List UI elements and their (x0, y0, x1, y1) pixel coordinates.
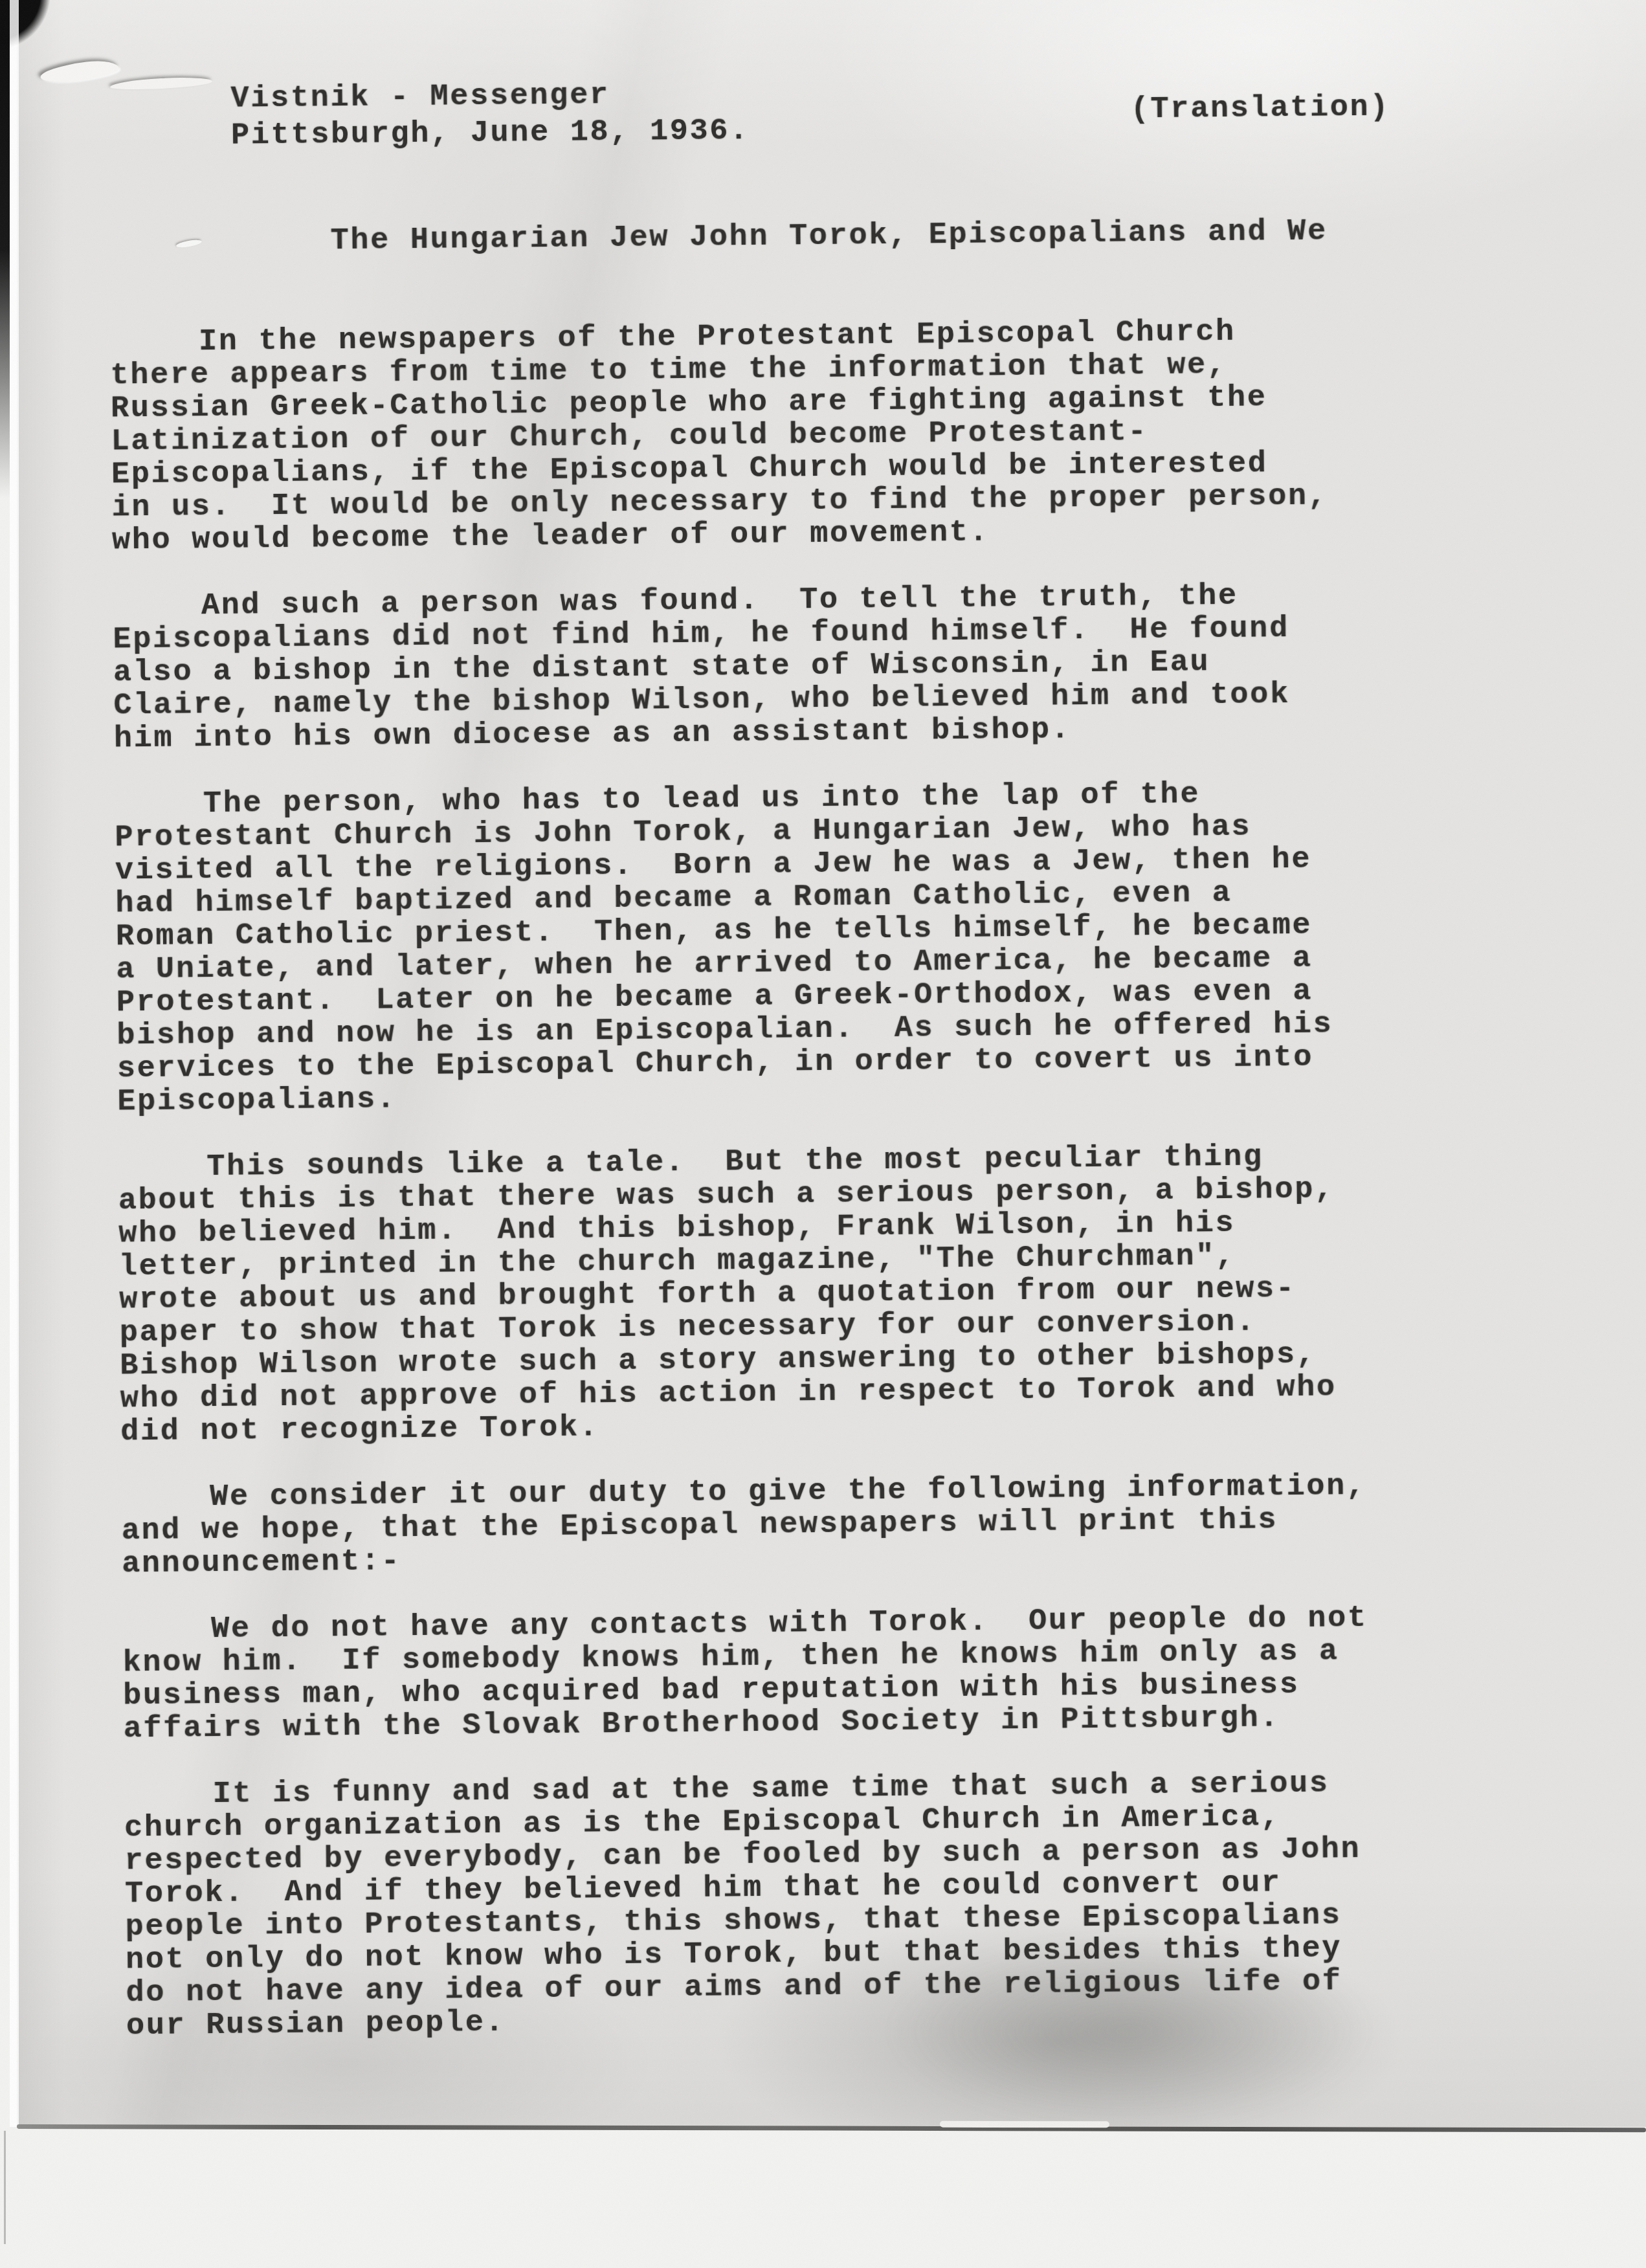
paragraph: It is funny and sad at the same time tha… (124, 1766, 1518, 2043)
paragraph: In the newspapers of the Protestant Epis… (110, 313, 1504, 558)
paragraph: And such a person was found. To tell the… (113, 577, 1506, 756)
paragraph: This sounds like a tale. But the most pe… (118, 1139, 1512, 1449)
paragraph: We do not have any contacts with Torok. … (122, 1601, 1515, 1746)
document-header: Vistnik - Messenger Pittsburgh, June 18,… (230, 76, 750, 155)
translation-note: (Translation) (1130, 90, 1390, 127)
dateline: Pittsburgh, June 18, 1936. (231, 113, 750, 155)
document-title: The Hungarian Jew John Torok, Episcopali… (330, 214, 1328, 258)
scan-artifact-backing-line (4, 2131, 6, 2244)
typewritten-document: Vistnik - Messenger Pittsburgh, June 18,… (0, 0, 1646, 2268)
document-body: In the newspapers of the Protestant Epis… (110, 313, 1518, 2076)
paragraph: We consider it our duty to give the foll… (121, 1469, 1513, 1581)
publication-name: Vistnik - Messenger (230, 76, 749, 118)
paragraph: The person, who has to lead us into the … (115, 775, 1509, 1119)
